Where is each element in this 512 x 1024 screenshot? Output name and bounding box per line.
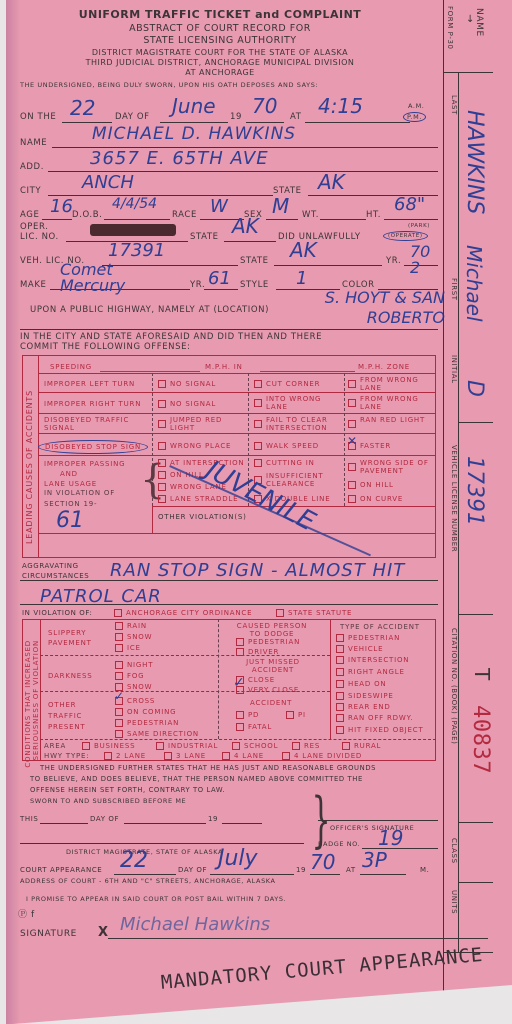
field-court-year[interactable]: 70 (310, 850, 335, 874)
label-badge-no: BADGE NO. (318, 840, 360, 848)
field-dob[interactable]: 4/4/54 (112, 196, 157, 212)
accident-type-option[interactable]: REAR END (336, 703, 391, 711)
header-court-3: AT ANCHORAGE (0, 68, 440, 77)
pf-mark: Ⓟ f (18, 907, 35, 920)
label-pm-circled[interactable]: P.M. (403, 112, 426, 122)
passing-label-2: AND (60, 470, 78, 478)
offense-text-1: IN THE CITY AND STATE AFORESAID AND DID … (20, 332, 322, 342)
hwy-option[interactable]: 2 LANE (104, 752, 146, 760)
area-option[interactable]: RES (292, 742, 320, 750)
violation-row-label: DISOBEYED TRAFFIC SIGNAL (44, 416, 144, 432)
field-address[interactable]: 3657 E. 65TH AVE (90, 148, 269, 169)
field-style[interactable]: 1 (296, 268, 307, 289)
passing-option[interactable]: CUTTING IN (254, 459, 315, 467)
label-wt: WT. (302, 210, 319, 220)
violation-row-label: IMPROPER LEFT TURN (44, 380, 135, 388)
accident-option[interactable]: PI (286, 711, 306, 719)
in-violation-city-ordinance[interactable]: ANCHORAGE CITY ORDINANCE (114, 609, 252, 617)
stub-first-value[interactable]: Michael (462, 245, 486, 322)
passing-label-4: IN VIOLATION OF (44, 489, 115, 497)
label-veh-state: STATE (240, 256, 269, 266)
traffic-option[interactable]: PEDESTRIAN (115, 719, 179, 727)
field-month[interactable]: June (172, 94, 216, 118)
stub-citation-number: 40837 (468, 705, 493, 774)
accident-type-option[interactable]: VEHICLE (336, 645, 383, 653)
field-veh-lic-no[interactable]: 17391 (108, 240, 165, 261)
label-make: MAKE (20, 280, 47, 290)
label-just-missed: JUST MISSED ACCIDENT (240, 658, 306, 674)
field-make-yr[interactable]: 61 (208, 268, 231, 289)
label-address: ADD. (20, 162, 44, 172)
field-state[interactable]: AK (318, 170, 345, 194)
stub-units-label: UNITS (450, 890, 458, 914)
stub-initial-label: INITIAL (450, 355, 458, 384)
passing-label-1: IMPROPER PASSING (44, 460, 125, 468)
violation-option[interactable]: WALK SPEED (254, 442, 319, 450)
label-court-at: AT (346, 866, 356, 874)
dodge-option[interactable]: DRIVER (236, 648, 279, 656)
label-race: RACE (172, 210, 197, 220)
field-ht[interactable]: 68" (394, 194, 425, 215)
label-lic-no: LIC. NO. (20, 232, 59, 242)
field-court-time[interactable]: 3P (362, 848, 387, 872)
field-oper-state[interactable]: AK (232, 214, 259, 238)
label-city: CITY (20, 186, 41, 196)
violation-option[interactable]: FAIL TO CLEAR INTERSECTION (254, 416, 344, 432)
area-option[interactable]: SCHOOL (232, 742, 278, 750)
affirmation-line-2: TO BELIEVE, AND DOES BELIEVE, THAT THE P… (30, 775, 363, 783)
stub-form-no: FORM P-30 (446, 6, 454, 50)
passing-label-5: SECTION 19- (44, 500, 97, 508)
passing-option[interactable]: LANE STRADDLE (158, 495, 238, 503)
header-subtitle-2: STATE LICENSING AUTHORITY (0, 35, 440, 46)
field-badge-no[interactable]: 19 (378, 826, 403, 850)
darkness-option[interactable]: NIGHT (115, 661, 153, 669)
accident-type-option[interactable]: RIGHT ANGLE (336, 668, 405, 676)
stub-veh-lic-label: VEHICLE LICENSE NUMBER (450, 445, 458, 552)
violation-row-label-circled[interactable]: DISOBEYED STOP SIGN (38, 440, 148, 454)
label-age: AGE (20, 210, 39, 220)
label-operate-circled[interactable]: (OPERATE) (383, 231, 428, 241)
missed-option-checked[interactable]: ✓VERY CLOSE (236, 686, 299, 694)
passing-option[interactable]: ON CURVE (348, 495, 403, 503)
accident-type-option[interactable]: INTERSECTION (336, 656, 409, 664)
field-court-month[interactable]: July (218, 846, 258, 871)
header-court-1: DISTRICT MAGISTRATE COURT FOR THE STATE … (0, 48, 440, 57)
accident-option[interactable]: PD (236, 711, 259, 719)
field-city[interactable]: ANCH (82, 172, 134, 193)
traffic-option-checked[interactable]: ✓CROSS (115, 697, 155, 705)
label-caused-dodge: CAUSED PERSON TO DODGE (232, 622, 312, 638)
area-option[interactable]: INDUSTRIAL (156, 742, 218, 750)
slippery-option[interactable]: RAIN (115, 622, 147, 630)
offense-text-2: COMMIT THE FOLLOWING OFFENSE: (20, 342, 191, 352)
field-race[interactable]: W (210, 196, 228, 217)
label-mph-in: M.P.H. IN (205, 363, 243, 371)
label-ht: HT. (366, 210, 381, 220)
field-signature[interactable]: Michael Hawkins (120, 914, 270, 935)
label-at: AT (290, 112, 302, 122)
violation-option[interactable]: RAN RED LIGHT (348, 416, 434, 428)
label-location: UPON A PUBLIC HIGHWAY, NAMELY AT (LOCATI… (30, 305, 269, 315)
label-accident: ACCIDENT (250, 699, 292, 707)
accident-type-option[interactable]: PEDESTRIAN (336, 634, 400, 642)
label-type-of-accident: TYPE OF ACCIDENT (340, 623, 420, 631)
field-location[interactable]: S. HOYT & SAN ROBERTO (255, 288, 445, 328)
stub-first-label: FIRST (450, 278, 458, 301)
label-this-day-of: DAY OF (90, 815, 119, 823)
label-other-traffic: OTHER TRAFFIC PRESENT (48, 700, 98, 733)
stub-citation-label: CITATION NO. (BOOK) (PAGE) (450, 628, 458, 744)
label-on-the: ON THE (20, 112, 56, 122)
field-make[interactable]: Comet Mercury (60, 262, 170, 294)
violation-option[interactable]: WRONG PLACE (158, 442, 231, 450)
label-hwy-type: HWY TYPE: (44, 752, 89, 760)
stub-class-label: CLASS (450, 838, 458, 864)
passing-option[interactable]: ON HILL (348, 481, 394, 489)
label-court-day-of: DAY OF (178, 866, 207, 874)
field-sex[interactable]: M (272, 194, 289, 218)
violation-option[interactable]: FROM WRONG LANE (348, 395, 434, 411)
label-slippery-pavement: SLIPPERY PAVEMENT (48, 628, 108, 648)
stub-veh-lic-value[interactable]: 17391 (462, 456, 487, 526)
violation-option[interactable]: JUMPED RED LIGHT (158, 416, 244, 432)
field-veh-state[interactable]: AK (290, 238, 317, 262)
affirmation-line-1: THE UNDERSIGNED FURTHER STATES THAT HE H… (40, 764, 376, 772)
violation-row-label: IMPROPER RIGHT TURN (44, 400, 141, 408)
accident-type-option[interactable]: HIT FIXED OBJECT (336, 726, 424, 734)
promise-text: I PROMISE TO APPEAR IN SAID COURT OR POS… (26, 895, 286, 903)
accident-type-option[interactable]: SIDESWIPE (336, 692, 394, 700)
field-time[interactable]: 4:15 (318, 94, 363, 118)
label-veh-yr: YR. (386, 256, 401, 266)
field-day[interactable]: 22 (70, 96, 95, 120)
label-signature: SIGNATURE (20, 929, 77, 939)
accident-type-option[interactable]: HEAD ON (336, 680, 386, 688)
violation-option[interactable]: NO SIGNAL (158, 380, 216, 388)
conditions-side-label-2: SERIOUSNESS OF VIOLATION (32, 640, 40, 760)
traffic-option[interactable]: SAME DIRECTION (115, 730, 199, 738)
violation-option[interactable]: INTO WRONG LANE (254, 395, 340, 411)
label-in-violation: IN VIOLATION OF: (22, 609, 92, 617)
label-dob: D.O.B. (72, 210, 102, 220)
leading-causes-label: LEADING CAUSES OF ACCIDENTS (26, 390, 34, 544)
affirmation-line-3: OFFENSE HEREIN SET FORTH, CONTRARY TO LA… (30, 786, 225, 794)
violation-option-checked[interactable]: ✕FASTER (348, 442, 391, 450)
hwy-option[interactable]: 3 LANE (164, 752, 206, 760)
label-oper: OPER. (20, 222, 49, 232)
label-oper-state: STATE (190, 232, 219, 242)
dodge-option[interactable]: PEDESTRIAN (236, 638, 300, 646)
label-day-of: DAY OF (115, 112, 150, 122)
redacted-license-number (90, 224, 176, 236)
label-am: A.M. (408, 102, 424, 110)
field-age[interactable]: 16 (50, 196, 73, 217)
header-court-2: THIRD JUDICIAL DISTRICT, ANCHORAGE MUNIC… (0, 58, 440, 67)
slippery-option[interactable]: ICE (115, 644, 141, 652)
label-this: THIS (20, 815, 38, 823)
accident-option[interactable]: FATAL (236, 723, 272, 731)
area-option[interactable]: BUSINESS (82, 742, 135, 750)
stub-citation-prefix: T (470, 668, 494, 681)
traffic-option[interactable]: ON COMING (115, 708, 176, 716)
field-court-day[interactable]: 22 (120, 848, 148, 873)
label-court-appearance: COURT APPEARANCE (20, 866, 102, 874)
oath-text: THE UNDERSIGNED, BEING DULY SWORN, UPON … (20, 81, 318, 89)
darkness-option[interactable]: FOG (115, 672, 144, 680)
label-speeding: SPEEDING (50, 363, 92, 371)
area-option[interactable]: RURAL (342, 742, 381, 750)
label-park: (PARK) (408, 223, 430, 229)
violation-option[interactable]: NO SIGNAL (158, 400, 216, 408)
field-color[interactable]: 2 (410, 258, 420, 277)
field-name[interactable]: MICHAEL D. HAWKINS (92, 124, 296, 144)
header-subtitle-1: ABSTRACT OF COURT RECORD FOR (0, 23, 440, 34)
label-darkness: DARKNESS (48, 672, 92, 680)
affirmation-line-4: SWORN TO AND SUBSCRIBED BEFORE ME (30, 797, 186, 805)
in-violation-state-statute[interactable]: STATE STATUTE (276, 609, 352, 617)
label-mph-zone: M.P.H. ZONE (358, 363, 410, 371)
stub-name-label: NAME (474, 8, 484, 37)
violation-option[interactable]: FROM WRONG LANE (348, 376, 434, 392)
passing-option[interactable]: WRONG SIDE OF PAVEMENT (348, 459, 434, 475)
label-court-m: M. (420, 866, 429, 874)
field-aggravating[interactable]: RAN STOP SIGN - ALMOST HIT PATROL CAR (40, 558, 420, 610)
stub-last-label: LAST (450, 95, 458, 115)
court-address: ADDRESS OF COURT - 6TH AND "C" STREETS, … (20, 877, 276, 885)
arrow-down-icon: ↓ (466, 14, 474, 25)
label-19: 19 (230, 112, 242, 122)
passing-label-3: LANE USAGE (44, 480, 97, 488)
violation-option[interactable]: CUT CORNER (254, 380, 320, 388)
ticket-title: UNIFORM TRAFFIC TICKET and COMPLAINT (0, 8, 440, 21)
stub-initial-value[interactable]: D (462, 380, 487, 397)
label-name: NAME (20, 138, 47, 148)
label-other-violations: OTHER VIOLATION(S) (158, 513, 247, 521)
hwy-option[interactable]: 4 LANE (222, 752, 264, 760)
accident-type-option[interactable]: RAN OFF RDWY. (336, 714, 413, 722)
field-section[interactable]: 61 (56, 508, 84, 533)
stub-last-value[interactable]: HAWKINS (462, 110, 487, 214)
label-court-19: 19 (296, 866, 306, 874)
hwy-option[interactable]: 4 LANE DIVIDED (282, 752, 362, 760)
field-year[interactable]: 70 (252, 94, 277, 118)
slippery-option[interactable]: SNOW (115, 633, 152, 641)
label-this-19: 19 (208, 815, 218, 823)
label-area: AREA (44, 742, 66, 750)
conditions-side-label-1: CONDITIONS THAT INCREASED (24, 640, 32, 768)
